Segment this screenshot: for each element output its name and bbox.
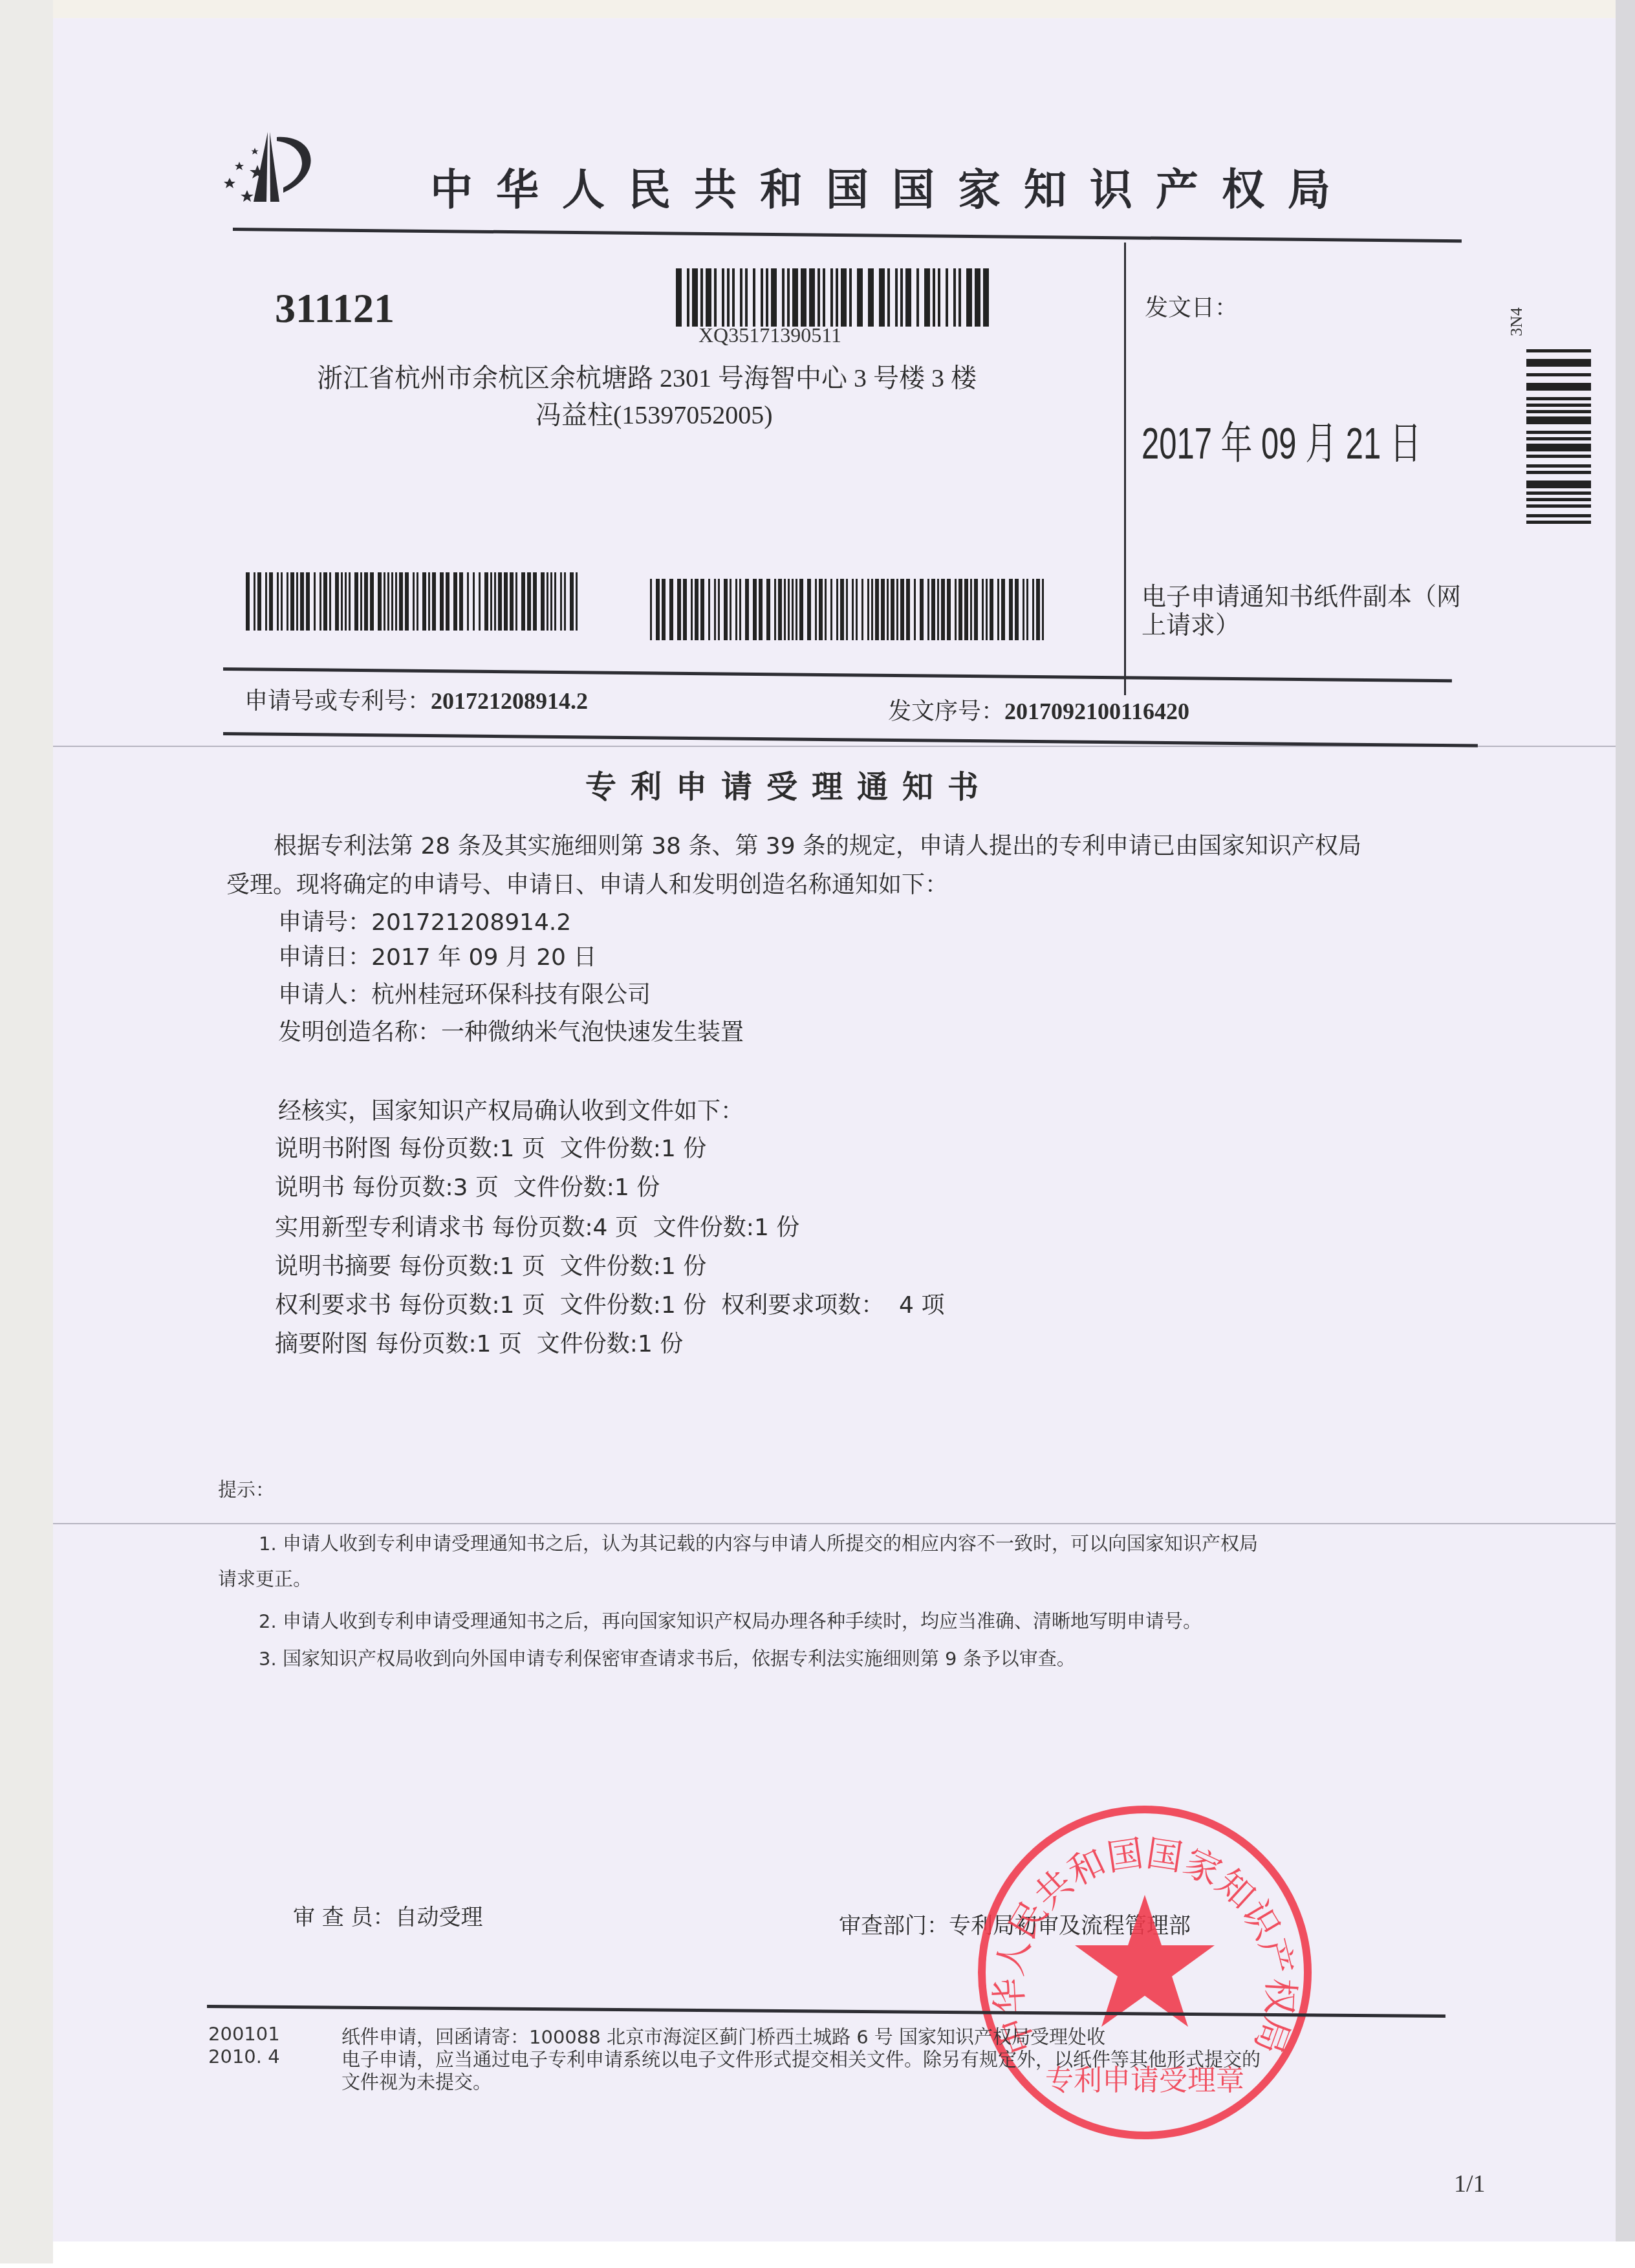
field-row: 申请号：201721208914.2	[278, 904, 571, 937]
serial-number-row: 发文序号：2017092100116420	[888, 693, 1189, 726]
field-row: 申请人：杭州桂冠环保科技有限公司	[278, 977, 651, 1010]
document-detail: 每份页数:1 页 文件份数:1 份	[398, 1136, 706, 1162]
recipient: 冯益柱(15397052005)	[536, 394, 773, 431]
tip-item: 1. 申请人收到专利申请受理通知书之后，认为其记载的内容与申请人所提交的相应内容…	[259, 1529, 1258, 1556]
postcode: 311121	[275, 285, 395, 332]
document-name: 权利要求书	[275, 1292, 391, 1319]
tip-item-cont: 请求更正。	[218, 1565, 312, 1592]
star-icon	[1075, 1895, 1215, 2027]
received-heading: 经核实，国家知识产权局确认收到文件如下：	[278, 1093, 744, 1126]
tips-heading: 提示：	[218, 1476, 274, 1502]
field-row: 发明创造名称：一种微纳米气泡快速发生装置	[278, 1014, 744, 1047]
form-version: 2010. 4	[208, 2046, 280, 2068]
document-row: 说明书摘要 每份页数:1 页 文件份数:1 份	[275, 1248, 706, 1281]
scan-border-top	[53, 0, 1635, 18]
application-number-row: 申请号或专利号：201721208914.2	[244, 683, 588, 716]
mail-barcode	[676, 268, 999, 327]
copy-note: 电子申请通知书纸件副本（网上请求）	[1142, 582, 1465, 639]
examiner-row: 审 查 员：自动受理	[293, 1899, 483, 1931]
serial-number-label: 发文序号：	[888, 698, 1004, 725]
field-value: 杭州桂冠环保科技有限公司	[371, 982, 651, 1008]
routing-barcode	[650, 579, 1051, 640]
field-value: 一种微纳米气泡快速发生装置	[441, 1019, 744, 1046]
agency-name: 中华人民共和国国家知识产权局	[430, 155, 1354, 217]
examiner-label: 审 查 员：	[293, 1905, 395, 1930]
scan-border-left	[0, 0, 53, 2263]
intro-paragraph: 根据专利法第 28 条及其实施细则第 38 条、第 39 条的规定，申请人提出的…	[274, 828, 1361, 861]
document-name: 说明书摘要	[275, 1253, 391, 1280]
field-label: 发明创造名称：	[278, 1019, 441, 1046]
field-value: 201721208914.2	[371, 909, 571, 936]
notice-title: 专利申请受理通知书	[585, 762, 993, 806]
document-row: 实用新型专利请求书 每份页数:4 页 文件份数:1 份	[275, 1209, 799, 1242]
document-name: 说明书附图	[275, 1136, 391, 1162]
document-name: 说明书	[275, 1174, 345, 1201]
barcode-caption: XQ35171390511	[698, 323, 841, 347]
field-label: 申请人：	[278, 982, 371, 1008]
side-barcode	[1526, 349, 1591, 524]
field-row: 申请日：2017 年 09 月 20 日	[278, 939, 596, 972]
document-name: 实用新型专利请求书	[275, 1215, 484, 1241]
document-detail: 每份页数:1 页 文件份数:1 份	[375, 1331, 683, 1357]
scan-border-right	[1616, 0, 1635, 2241]
routing-barcode	[246, 572, 582, 631]
document-row: 权利要求书 每份页数:1 页 文件份数:1 份 权利要求项数： 4 项	[275, 1287, 944, 1320]
document-page	[53, 18, 1616, 2241]
document-detail: 每份页数:1 页 文件份数:1 份	[398, 1253, 706, 1280]
serial-number-value: 2017092100116420	[1004, 698, 1189, 724]
box-divider	[1124, 243, 1126, 695]
document-row: 说明书附图 每份页数:1 页 文件份数:1 份	[275, 1130, 706, 1163]
tip-item: 3. 国家知识产权局收到向外国申请专利保密审查请求书后，依据专利法实施细则第 9…	[259, 1645, 1076, 1671]
cnipa-emblem-icon	[213, 123, 349, 213]
issue-date: 2017 年 09 月 21 日	[1142, 409, 1422, 471]
page-number: 1/1	[1454, 2170, 1486, 2198]
examiner-value: 自动受理	[395, 1905, 483, 1930]
intro-paragraph-cont: 受理。现将确定的申请号、申请日、申请人和发明创造名称通知如下：	[226, 867, 948, 900]
issue-date-label: 发文日：	[1145, 290, 1238, 323]
field-label: 申请日：	[278, 944, 371, 971]
tip-item: 2. 申请人收到专利申请受理通知书之后，再向国家知识产权局办理各种手续时，均应当…	[259, 1607, 1202, 1634]
document-detail: 每份页数:1 页 文件份数:1 份 权利要求项数： 4 项	[398, 1292, 944, 1319]
document-row: 说明书 每份页数:3 页 文件份数:1 份	[275, 1169, 660, 1202]
document-name: 摘要附图	[275, 1331, 368, 1357]
application-number-label: 申请号或专利号：	[244, 688, 431, 715]
mailing-address: 浙江省杭州市余杭区余杭塘路 2301 号海智中心 3 号楼 3 楼	[317, 358, 977, 394]
field-label: 申请号：	[278, 909, 371, 936]
official-seal: 中华人民共和国国家知识产权局 专利申请受理章	[970, 1798, 1319, 2147]
footer-electronic-submission-cont: 文件视为未提交。	[341, 2068, 492, 2095]
side-code: 3N4	[1507, 307, 1526, 336]
document-detail: 每份页数:3 页 文件份数:1 份	[352, 1174, 660, 1201]
fold-line	[53, 1523, 1616, 1524]
document-detail: 每份页数:4 页 文件份数:1 份	[492, 1215, 799, 1241]
field-value: 2017 年 09 月 20 日	[371, 944, 596, 971]
application-number-value: 201721208914.2	[431, 688, 588, 714]
form-code: 200101	[208, 2023, 280, 2045]
document-row: 摘要附图 每份页数:1 页 文件份数:1 份	[275, 1326, 683, 1359]
department-label: 审查部门：	[839, 1913, 949, 1939]
